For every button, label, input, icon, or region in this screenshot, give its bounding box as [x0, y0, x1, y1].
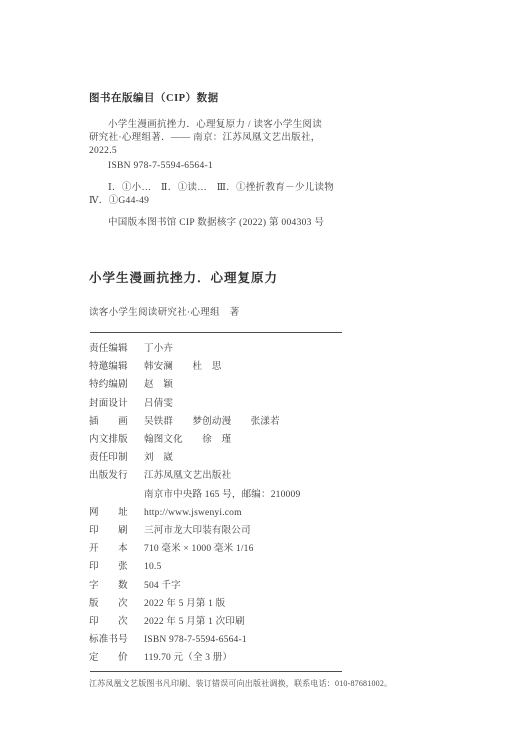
- cip-registration: 中国版本图书馆 CIP 数据核字 (2022) 第 004303 号: [89, 217, 464, 230]
- colophon-value: 丁小卉: [144, 344, 173, 354]
- cip-isbn: ISBN 978-7-5594-6564-1: [89, 160, 464, 173]
- colophon-row: 责任编辑丁小卉: [89, 340, 464, 358]
- colophon-label: 特约编剧: [89, 376, 131, 394]
- colophon-value: 江苏凤凰文艺出版社: [144, 471, 231, 481]
- colophon-label: 开 本: [89, 540, 131, 558]
- colophon-row: 标准书号ISBN 978-7-5594-6564-1: [89, 631, 464, 649]
- colophon-label: 印 次: [89, 613, 131, 631]
- colophon-row: 内文排版翰图文化 徐 瑾: [89, 431, 464, 449]
- colophon-row: 责任印制刘 崴: [89, 449, 464, 467]
- divider-top: [90, 332, 342, 333]
- colophon-value: 10.5: [144, 562, 161, 572]
- colophon-value: 504 千字: [144, 581, 181, 591]
- colophon-value: 吕倩雯: [144, 399, 173, 409]
- colophon-label: 定 价: [89, 649, 131, 667]
- cip-record-line-3: 2022.5: [89, 145, 464, 158]
- colophon-label: 字 数: [89, 577, 131, 595]
- copyright-page: 图书在版编目（CIP）数据 小学生漫画抗挫力．心理复原力 / 读客小学生阅读 研…: [0, 0, 520, 743]
- colophon-value: 韩安澜 杜 思: [144, 362, 222, 372]
- cip-classification-line-1: Ⅰ．①小… Ⅱ．①读… Ⅲ．①挫折教育－少儿读物: [89, 182, 464, 195]
- book-title: 小学生漫画抗挫力．心理复原力: [89, 268, 464, 286]
- colophon-value: 710 毫米 × 1000 毫米 1/16: [144, 544, 254, 554]
- colophon-label: 版 次: [89, 595, 131, 613]
- colophon-label: 标准书号: [89, 631, 131, 649]
- colophon-label: 封面设计: [89, 395, 131, 413]
- publisher-address: 南京市中央路 165 号，邮编：210009: [144, 490, 300, 500]
- colophon-row: 定 价119.70 元（全 3 册）: [89, 649, 464, 667]
- colophon-label: 印 张: [89, 558, 131, 576]
- colophon-value: 三河市龙大印装有限公司: [144, 526, 251, 536]
- book-isbn: ISBN 978-7-5594-6564-1: [144, 635, 247, 645]
- colophon-row: 特约编剧赵 颖: [89, 376, 464, 394]
- colophon-row: 版 次2022 年 5 月第 1 版: [89, 595, 464, 613]
- book-author: 读客小学生阅读研究社·心理组 著: [89, 304, 464, 318]
- book-price: 119.70 元（全 3 册）: [144, 653, 232, 663]
- colophon-row-address: 南京市中央路 165 号，邮编：210009: [89, 486, 464, 504]
- cip-classification-line-2: Ⅳ．①G44-49: [89, 195, 464, 208]
- cip-block: 图书在版编目（CIP）数据 小学生漫画抗挫力．心理复原力 / 读客小学生阅读 研…: [89, 90, 464, 230]
- colophon-value: 吴铁群 梦创动漫 张漾若: [144, 417, 280, 427]
- cip-heading: 图书在版编目（CIP）数据: [89, 90, 464, 105]
- colophon-label: 特邀编辑: [89, 358, 131, 376]
- colophon-row: 字 数504 千字: [89, 577, 464, 595]
- colophon-label: 内文排版: [89, 431, 131, 449]
- colophon-row: 印 刷三河市龙大印装有限公司: [89, 522, 464, 540]
- colophon-row: 开 本710 毫米 × 1000 毫米 1/16: [89, 540, 464, 558]
- colophon-row: 特邀编辑韩安澜 杜 思: [89, 358, 464, 376]
- cip-record-line-2: 研究社·心理组著．—— 南京：江苏凤凰文艺出版社，: [89, 132, 464, 145]
- colophon-row: 插 画吴铁群 梦创动漫 张漾若: [89, 413, 464, 431]
- colophon-label: 网 址: [89, 504, 131, 522]
- cip-record-line-1: 小学生漫画抗挫力．心理复原力 / 读客小学生阅读: [89, 119, 464, 132]
- colophon-row: 印 张10.5: [89, 558, 464, 576]
- colophon-label: 责任印制: [89, 449, 131, 467]
- colophon-label: 插 画: [89, 413, 131, 431]
- colophon-value: 2022 年 5 月第 1 次印刷: [144, 617, 245, 627]
- colophon-label: 责任编辑: [89, 340, 131, 358]
- colophon-row: 印 次2022 年 5 月第 1 次印刷: [89, 613, 464, 631]
- colophon-value: 赵 颖: [144, 380, 173, 390]
- colophon-label: 出版发行: [89, 467, 131, 485]
- colophon-row: 网 址http://www.jswenyi.com: [89, 504, 464, 522]
- errata-notice: 江苏凤凰文艺版图书凡印刷、装订错误可向出版社调换，联系电话：010-876810…: [89, 678, 464, 689]
- colophon-row: 出版发行江苏凤凰文艺出版社: [89, 467, 464, 485]
- divider-bottom: [90, 671, 342, 672]
- publisher-url: http://www.jswenyi.com: [144, 508, 242, 518]
- colophon-row: 封面设计吕倩雯: [89, 395, 464, 413]
- colophon-value: 2022 年 5 月第 1 版: [144, 599, 225, 609]
- colophon-value: 翰图文化 徐 瑾: [144, 435, 231, 445]
- colophon-block: 责任编辑丁小卉 特邀编辑韩安澜 杜 思 特约编剧赵 颖 封面设计吕倩雯 插 画吴…: [89, 340, 464, 668]
- colophon-label: 印 刷: [89, 522, 131, 540]
- colophon-value: 刘 崴: [144, 453, 173, 463]
